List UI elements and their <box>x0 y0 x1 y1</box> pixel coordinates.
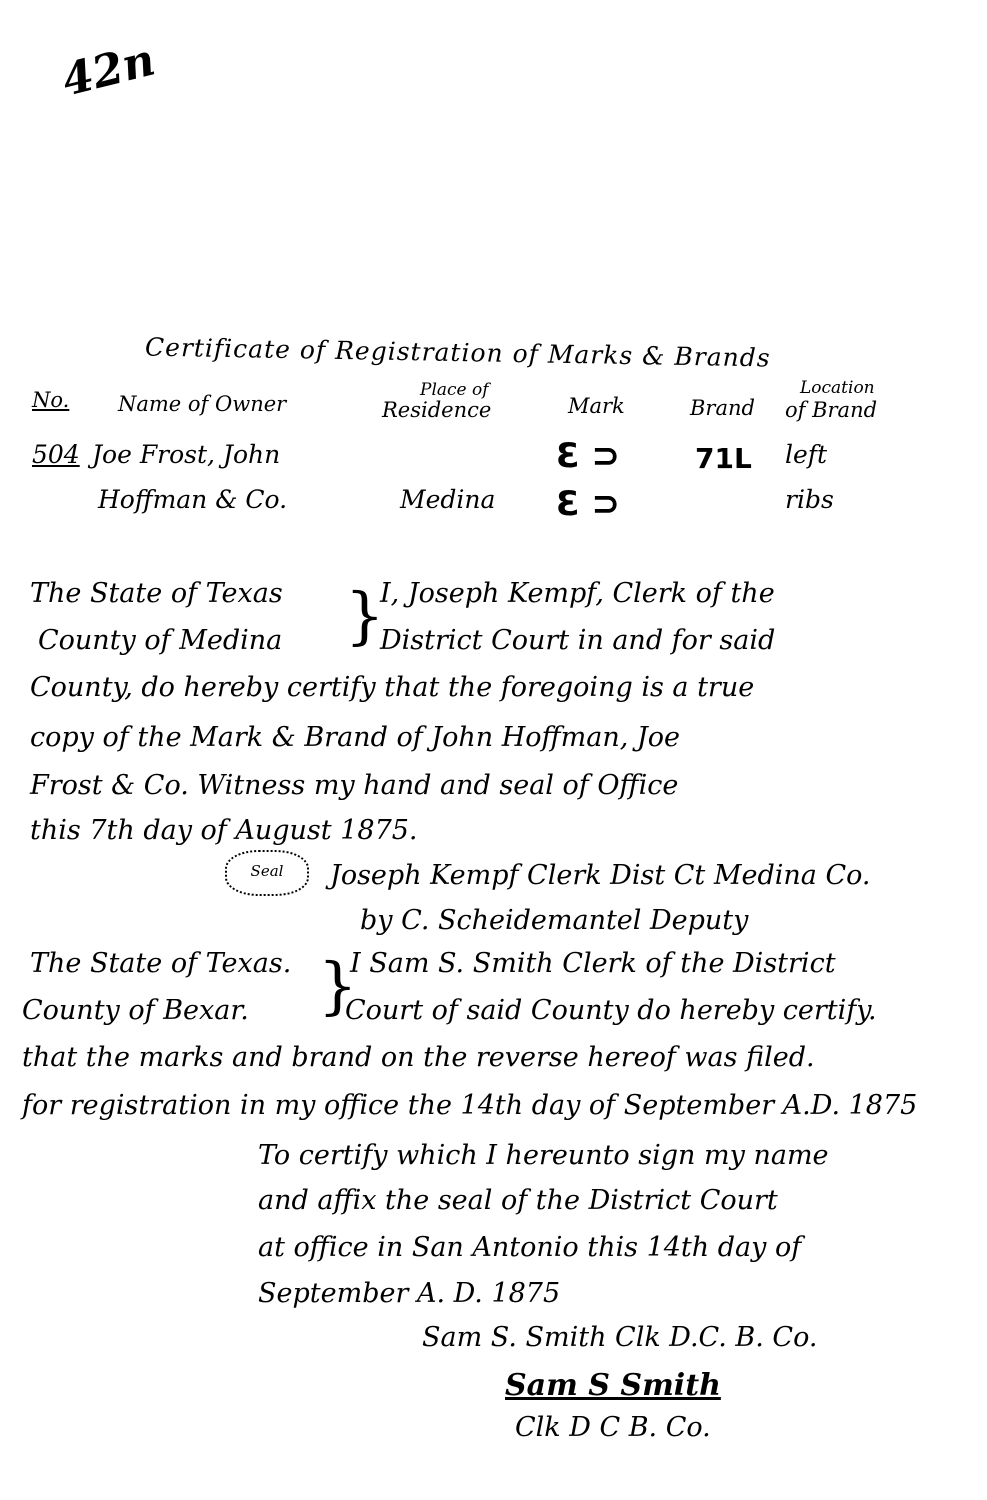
cert2-line-1: I Sam S. Smith Clerk of the District <box>350 948 836 979</box>
entry-number: 504 <box>32 440 80 469</box>
cert1-line-1: I, Joseph Kempf, Clerk of the <box>380 578 775 609</box>
header-no: No. <box>32 388 69 412</box>
cert1-line-4: copy of the Mark & Brand of John Hoffman… <box>30 722 680 753</box>
cert2-signature: Sam S Smith <box>505 1368 721 1403</box>
cert2-line-8: September A. D. 1875 <box>258 1278 560 1309</box>
header-owner-name: Name of Owner <box>118 392 286 416</box>
mark-glyph-bottom: Ɛ ⊃ <box>556 484 620 524</box>
mark-glyph-top: Ɛ ⊃ <box>556 436 620 476</box>
document-title: Certificate of Registration of Marks & B… <box>145 333 771 373</box>
cert1-state: The State of Texas <box>30 578 283 609</box>
entry-location-line2: ribs <box>785 485 834 514</box>
cert2-line-2: Court of said County do hereby certify. <box>345 995 877 1026</box>
cert1-signature: Joseph Kempf Clerk Dist Ct Medina Co. <box>330 860 870 891</box>
cert2-state: The State of Texas. <box>30 948 291 979</box>
cert2-line-4: for registration in my office the 14th d… <box>22 1090 917 1121</box>
corner-note: 42n <box>57 34 160 106</box>
header-location-top: Location <box>800 378 875 398</box>
cert1-line-5: Frost & Co. Witness my hand and seal of … <box>30 770 678 801</box>
cert1-line-3: County, do hereby certify that the foreg… <box>30 672 754 703</box>
header-brand: Brand <box>690 396 755 420</box>
cert1-county: County of Medina <box>38 625 282 656</box>
entry-owner-line1: Joe Frost, John <box>92 440 280 469</box>
header-location-bottom: of Brand <box>785 398 877 422</box>
seal-stamp: Seal <box>225 850 309 896</box>
entry-residence: Medina <box>400 485 495 514</box>
cert1-line-6: this 7th day of August 1875. <box>30 815 418 846</box>
cert1-line-2: District Court in and for said <box>380 625 775 656</box>
cert2-printed-signature: Sam S. Smith Clk D.C. B. Co. <box>422 1322 817 1353</box>
cert2-line-5: To certify which I hereunto sign my name <box>258 1140 829 1171</box>
cert2-line-6: and affix the seal of the District Court <box>258 1185 778 1216</box>
cert2-county: County of Bexar. <box>22 995 249 1026</box>
entry-location-line1: left <box>785 440 827 469</box>
entry-brand: 71L <box>695 442 752 475</box>
header-residence-bottom: Residence <box>382 398 491 422</box>
entry-owner-line2: Hoffman & Co. <box>98 485 287 514</box>
cert1-brace: } <box>345 585 384 647</box>
cert2-line-3: that the marks and brand on the reverse … <box>22 1042 815 1073</box>
cert2-signature-title: Clk D C B. Co. <box>515 1412 711 1443</box>
header-mark: Mark <box>568 394 625 418</box>
header-residence-top: Place of <box>420 380 489 400</box>
cert2-line-7: at office in San Antonio this 14th day o… <box>258 1232 801 1263</box>
cert1-deputy: by C. Scheidemantel Deputy <box>360 905 748 936</box>
